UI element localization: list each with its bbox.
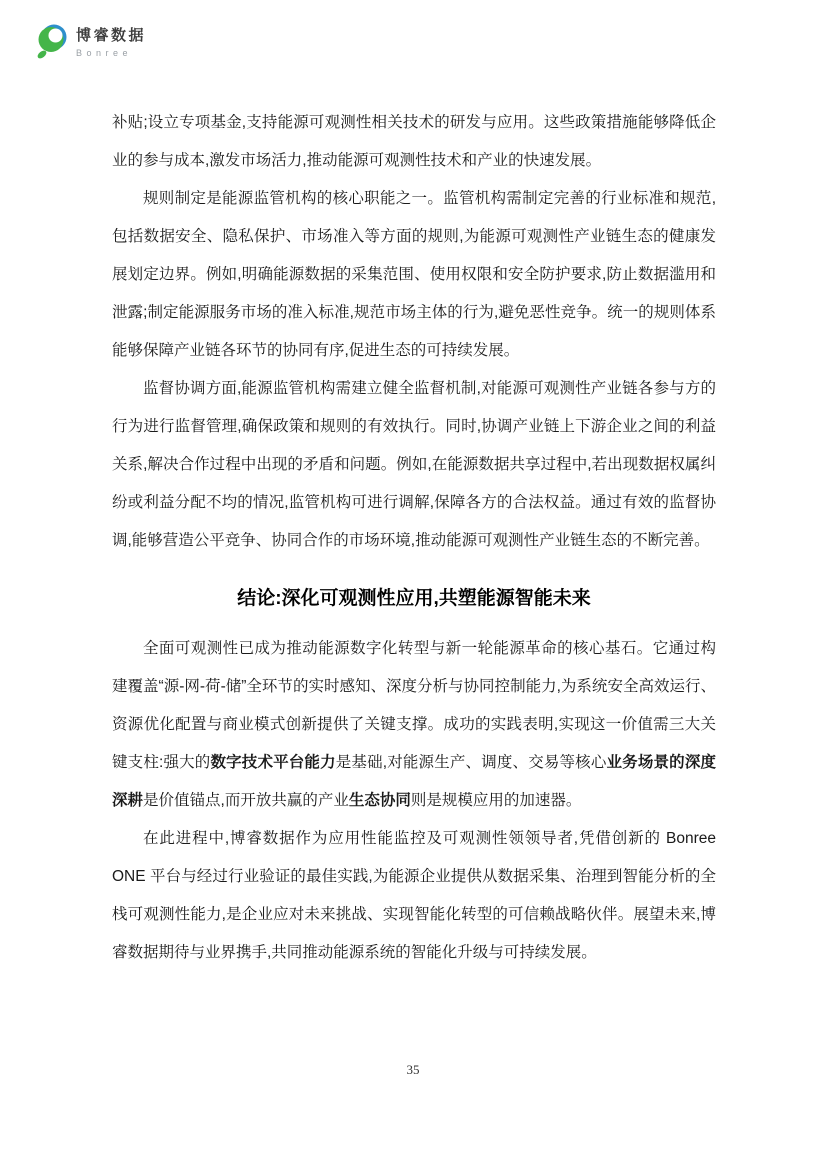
- logo: 博睿数据 Bonree: [37, 22, 146, 60]
- text-run: 全面可观测性已成为推动能源数字化转型与新一轮能源革命的核心基石。它通过构建覆盖“…: [112, 640, 716, 771]
- document-page: 博睿数据 Bonree 补贴;设立专项基金,支持能源可观测性相关技术的研发与应用…: [0, 0, 826, 1169]
- paragraph: 监督协调方面,能源监管机构需建立健全监督机制,对能源可观测性产业链各参与方的行为…: [112, 370, 716, 560]
- bonree-swirl-icon: [37, 22, 67, 60]
- paragraph: 补贴;设立专项基金,支持能源可观测性相关技术的研发与应用。这些政策措施能够降低企…: [112, 104, 716, 180]
- logo-name-en: Bonree: [76, 48, 146, 58]
- text-run: 是价值锚点,而开放共赢的产业: [143, 792, 349, 809]
- paragraph: 规则制定是能源监管机构的核心职能之一。监管机构需制定完善的行业标准和规范,包括数…: [112, 180, 716, 370]
- bold-text-run: 生态协同: [349, 792, 411, 809]
- document-body: 补贴;设立专项基金,支持能源可观测性相关技术的研发与应用。这些政策措施能够降低企…: [112, 104, 716, 972]
- text-run: 规则制定是能源监管机构的核心职能之一。监管机构需制定完善的行业标准和规范,包括数…: [112, 190, 716, 359]
- text-run: 监督协调方面,能源监管机构需建立健全监督机制,对能源可观测性产业链各参与方的行为…: [112, 380, 716, 549]
- paragraph: 在此进程中,博睿数据作为应用性能监控及可观测性领领导者,凭借创新的 Bonree…: [112, 820, 716, 972]
- text-run: 则是规模应用的加速器。: [411, 792, 582, 809]
- logo-name-cn: 博睿数据: [76, 24, 146, 45]
- text-run: 补贴;设立专项基金,支持能源可观测性相关技术的研发与应用。这些政策措施能够降低企…: [112, 114, 716, 169]
- logo-text: 博睿数据 Bonree: [76, 24, 146, 58]
- section-heading: 结论:深化可观测性应用,共塑能源智能未来: [112, 580, 716, 618]
- paragraph: 全面可观测性已成为推动能源数字化转型与新一轮能源革命的核心基石。它通过构建覆盖“…: [112, 630, 716, 820]
- page-number: 35: [0, 1062, 826, 1078]
- bold-text-run: 数字技术平台能力: [210, 754, 335, 771]
- text-run: 是基础,对能源生产、调度、交易等核心: [336, 754, 607, 771]
- text-run: 在此进程中,博睿数据作为应用性能监控及可观测性领领导者,凭借创新的 Bonree…: [112, 830, 716, 961]
